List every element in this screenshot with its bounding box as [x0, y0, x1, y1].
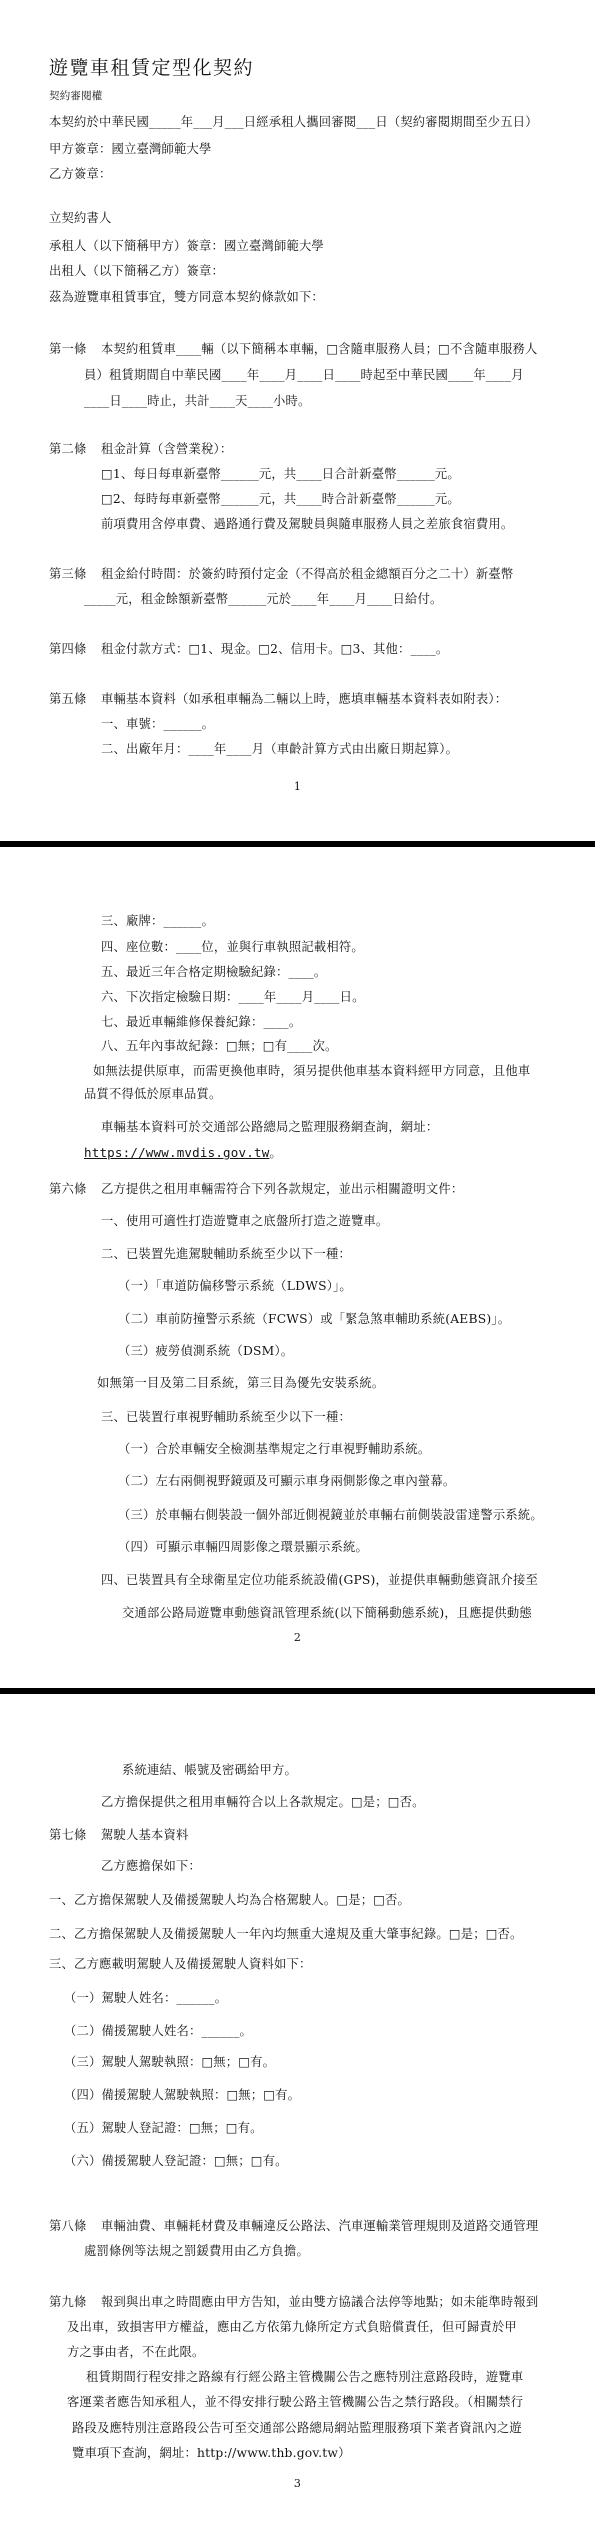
mvdis-link-period: 。 — [269, 1145, 282, 1160]
article-1-body-line-3: ____日____時止，共計____天____小時。 — [84, 393, 311, 410]
mvdis-link[interactable]: https://www.mvdis.gov.tw — [84, 1145, 269, 1160]
article-7-detail-6: （六）備援駕駛人登記證：□無；□有。 — [64, 2153, 288, 2170]
article-5-item-6: 六、下次指定檢驗日期：____年____月____日。 — [101, 989, 365, 1006]
article-1-body-line-1: 本契約租賃車____輛（以下簡稱本車輛，□含隨車服務人員；□不含隨車服務人 — [101, 341, 537, 358]
article-9-number: 第九條 — [49, 2294, 87, 2311]
article-6-item-4-line-2: 交通部公路局遊覽車動態資訊管理系統(以下簡稱動態系統)，且應提供動態 — [122, 1605, 532, 1622]
review-period-line: 本契約於中華民國_____年___月___日經承租人攜回審閱___日（契約審閱期… — [49, 114, 538, 131]
article-2-note: 前項費用含停車費、過路通行費及駕駛員與隨車服務人員之差旅食宿費用。 — [101, 516, 513, 533]
article-5-note-line-3: 車輛基本資料可於交通部公路總局之監理服務網查詢，網址： — [101, 1119, 438, 1136]
article-1-body-line-2: 員）租賃期間自中華民國____年____月____日____時起至中華民國___… — [84, 367, 524, 384]
page-separator-1 — [0, 841, 595, 847]
article-6-item-3: 三、已裝置行車視野輔助系統至少以下一種： — [101, 1409, 351, 1426]
article-2-number: 第二條 — [49, 441, 87, 458]
article-9-body-line-3: 方之事由者，不在此限。 — [67, 2344, 204, 2361]
article-6-item-2-sub-3: （三）疲勞偵測系統（DSM）。 — [118, 1343, 293, 1360]
article-6-item-4-line-3: 系統連結、帳號及密碼給甲方。 — [122, 1762, 297, 1779]
page-separator-2 — [0, 1688, 595, 1694]
article-9-body-line-4: 租賃期間行程安排之路線有行經公路主管機關公告之應特別注意路段時，遊覽車 — [86, 2369, 523, 2386]
article-5-item-8: 八、五年內事故紀錄：□無；□有____次。 — [101, 1038, 337, 1055]
article-5-body-line-1: 車輛基本資料（如承租車輛為二輛以上時，應填車輛基本資料表如附表）： — [101, 691, 507, 708]
review-right-heading: 契約審閱權 — [49, 88, 103, 105]
article-5-item-1: 一、車號：______。 — [101, 716, 214, 733]
article-8-body-line-2: 處罰條例等法規之罰鍰費用由乙方負擔。 — [84, 2243, 309, 2260]
article-6-item-3-sub-3: （三）於車輛右側裝設一個外部近側視鏡並於車輛右前側裝設雷達警示系統。 — [118, 1507, 543, 1524]
page-number-3: 3 — [0, 2475, 595, 2492]
article-9-body-line-2: 及出車，致損害甲方權益，應由乙方依第九條所定方式負賠償責任，但可歸責於甲 — [67, 2319, 517, 2336]
page-number-2: 2 — [0, 1629, 595, 1646]
article-8-number: 第八條 — [49, 2218, 87, 2235]
contract-title: 遊覽車租賃定型化契約 — [49, 56, 254, 80]
lessee-signature-line: 承租人（以下簡稱甲方）簽章：國立臺灣師範大學 — [49, 238, 324, 255]
article-6-guarantee-line: 乙方擔保提供之租用車輛符合以上各款規定。□是；□否。 — [101, 1794, 425, 1811]
article-6-item-2-note: 如無第一目及第二目系統，第三目為優先安裝系統。 — [97, 1375, 384, 1392]
article-7-detail-5: （五）駕駛人登記證：□無；□有。 — [64, 2120, 263, 2137]
article-6-item-4-line-1: 四、已裝置具有全球衛星定位功能系統設備(GPS)，並提供車輛動態資訊介接至 — [101, 1572, 538, 1589]
article-7-body-line-1: 駕駛人基本資料 — [101, 1827, 188, 1844]
article-7-item-3: 三、乙方應載明駕駛人及備援駕駛人資料如下： — [49, 1956, 311, 1973]
article-3-number: 第三條 — [49, 566, 87, 583]
article-5-item-3: 三、廠牌：______。 — [101, 913, 214, 930]
article-7-item-1: 一、乙方擔保駕駛人及備援駕駛人均為合格駕駛人。□是；□否。 — [49, 1892, 410, 1909]
article-7-detail-3: （三）駕駛人駕駛執照：□無；□有。 — [64, 2054, 275, 2071]
article-6-number: 第六條 — [49, 1181, 87, 1198]
preamble-line: 茲為遊覽車租賃事宜，雙方同意本契約條款如下： — [49, 289, 324, 306]
article-7-detail-4: （四）備援駕駛人駕駛執照：□無；□有。 — [64, 2087, 300, 2104]
article-5-note-line-2: 品質不得低於原車品質。 — [84, 1086, 221, 1103]
party-a-signature-line: 甲方簽章：國立臺灣師範大學 — [49, 141, 211, 158]
article-6-body-line-1: 乙方提供之租用車輛需符合下列各款規定，並出示相關證明文件： — [101, 1181, 463, 1198]
article-5-number: 第五條 — [49, 691, 87, 708]
article-6-item-3-sub-2: （二）左右兩側視野鏡頭及可顯示車身兩側影像之車內螢幕。 — [118, 1473, 455, 1490]
article-5-note-line-1: 如無法提供原車，而需更換他車時，須另提供他車基本資料經甲方同意，且他車 — [93, 1063, 530, 1080]
article-4-body-line-1: 租金付款方式：□1、現金。□2、信用卡。□3、其他：____。 — [101, 641, 448, 658]
article-6-item-2: 二、已裝置先進駕駛輔助系統至少以下一種： — [101, 1246, 351, 1263]
lessor-signature-line: 出租人（以下簡稱乙方）簽章： — [49, 263, 224, 280]
page-number-1: 1 — [0, 778, 595, 795]
party-b-signature-line: 乙方簽章： — [49, 166, 112, 183]
article-1-number: 第一條 — [49, 341, 87, 358]
article-9-body-line-5: 客運業者應告知承租人，並不得安排行駛公路主管機關公告之禁行路段。（相關禁行 — [67, 2394, 523, 2411]
article-9-body-line-1: 報到與出車之時間應由甲方告知，並由雙方協議合法停等地點；如未能準時報到 — [101, 2294, 538, 2311]
article-6-item-2-sub-2: （二）車前防撞警示系統（FCWS）或「緊急煞車輔助系統(AEBS)」。 — [118, 1311, 510, 1328]
article-5-item-5: 五、最近三年合格定期檢驗紀錄：____。 — [101, 964, 326, 981]
article-2-option-2: □2、每時每車新臺幣______元，共____時合計新臺幣______元。 — [101, 491, 460, 508]
article-5-item-7: 七、最近車輛維修保養紀錄：____。 — [101, 1014, 301, 1031]
article-5-item-2: 二、出廠年月：____年____月（車齡計算方式由出廠日期起算）。 — [101, 741, 458, 758]
article-6-item-3-sub-4: （四）可顯示車輛四周影像之環景顯示系統。 — [118, 1539, 368, 1556]
mvdis-link-line: https://www.mvdis.gov.tw。 — [84, 1144, 282, 1161]
article-6-item-3-sub-1: （一）合於車輛安全檢測基準規定之行車視野輔助系統。 — [118, 1441, 430, 1458]
article-7-detail-1: （一）駕駛人姓名：______。 — [64, 1990, 227, 2007]
signatories-heading: 立契約書人 — [49, 210, 112, 227]
article-6-item-1: 一、使用可適性打造遊覽車之底盤所打造之遊覽車。 — [101, 1213, 388, 1230]
article-9-body-line-7: 覽車項下查詢，網址：http://www.thb.gov.tw） — [72, 2445, 351, 2462]
article-7-detail-2: （二）備援駕駛人姓名：______。 — [64, 2023, 252, 2040]
article-7-body-line-2: 乙方應擔保如下： — [101, 1858, 201, 1875]
article-7-number: 第七條 — [49, 1827, 87, 1844]
article-7-item-2: 二、乙方擔保駕駛人及備援駕駛人一年內均無重大違規及重大肇事紀錄。□是；□否。 — [49, 1926, 523, 1943]
article-2-option-1: □1、每日每車新臺幣______元，共____日合計新臺幣______元。 — [101, 466, 460, 483]
article-4-number: 第四條 — [49, 641, 87, 658]
article-9-body-line-6: 路段及應特別注意路段公告可至交通部公路總局網站監理服務項下業者資訊內之遊 — [72, 2420, 522, 2437]
article-3-body-line-2: _____元，租金餘額新臺幣______元於____年____月____日給付。 — [84, 591, 442, 608]
article-2-body-line-1: 租金計算（含營業稅）： — [101, 441, 232, 458]
article-6-item-2-sub-1: （一）「車道防偏移警示系統（LDWS）」。 — [118, 1278, 352, 1295]
article-5-item-4: 四、座位數：____位，並與行車執照記載相符。 — [101, 939, 364, 956]
article-8-body-line-1: 車輛油費、車輛耗材費及車輛違反公路法、汽車運輸業管理規則及道路交通管理 — [101, 2218, 538, 2235]
article-3-body-line-1: 租金給付時間：於簽約時預付定金（不得高於租金總額百分之二十）新臺幣 — [101, 566, 513, 583]
contract-document: 遊覽車租賃定型化契約 契約審閱權 本契約於中華民國_____年___月___日經… — [0, 0, 595, 2536]
